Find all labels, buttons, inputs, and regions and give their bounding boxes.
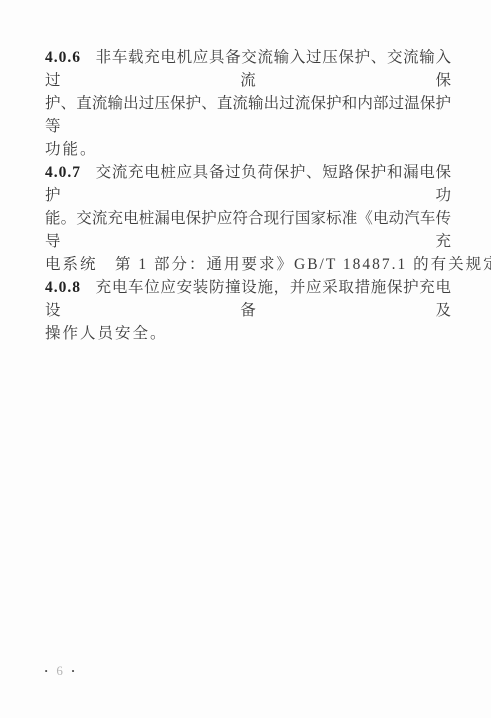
clause-text: 操作人员安全。 (45, 325, 168, 342)
clause-text: 充电车位应安装防撞设施，并应采取措施保护充电设备及 (45, 279, 451, 319)
clause-number: 4.0.7 (45, 164, 81, 181)
page-number: 6 (56, 662, 63, 680)
text-line: 能。交流充电桩漏电保护应符合现行国家标准《电动汽车传导充 (45, 207, 451, 253)
page-footer: · 6 · (44, 662, 75, 680)
text-line: 4.0.6非车载充电机应具备交流输入过压保护、交流输入过流保 (45, 46, 451, 92)
clause-text: 能。交流充电桩漏电保护应符合现行国家标准《电动汽车传导充 (45, 210, 451, 250)
text-line: 4.0.8充电车位应安装防撞设施，并应采取措施保护充电设备及 (45, 276, 451, 322)
clause-text: 交流充电桩应具备过负荷保护、短路保护和漏电保护功 (45, 164, 451, 204)
text-line: 4.0.7交流充电桩应具备过负荷保护、短路保护和漏电保护功 (45, 161, 451, 207)
clause-text: 功能。 (45, 141, 98, 158)
footer-dot-right: · (71, 662, 75, 680)
clause-number: 4.0.8 (45, 279, 81, 296)
clause-number: 4.0.6 (45, 49, 81, 66)
text-line: 电系统 第 1 部分：通用要求》GB/T 18487.1 的有关规定。 (45, 253, 451, 276)
document-page: 4.0.6非车载充电机应具备交流输入过压保护、交流输入过流保 护、直流输出过压保… (0, 0, 491, 718)
footer-dot-left: · (44, 662, 48, 680)
text-line: 操作人员安全。 (45, 322, 451, 345)
clause-text-block: 4.0.6非车载充电机应具备交流输入过压保护、交流输入过流保 护、直流输出过压保… (45, 46, 451, 345)
clause-text: 护、直流输出过压保护、直流输出过流保护和内部过温保护等 (45, 95, 451, 135)
text-line: 护、直流输出过压保护、直流输出过流保护和内部过温保护等 (45, 92, 451, 138)
clause-text: 电系统 第 1 部分：通用要求》GB/T 18487.1 的有关规定。 (45, 256, 491, 273)
text-line: 功能。 (45, 138, 451, 161)
clause-text: 非车载充电机应具备交流输入过压保护、交流输入过流保 (45, 49, 451, 89)
